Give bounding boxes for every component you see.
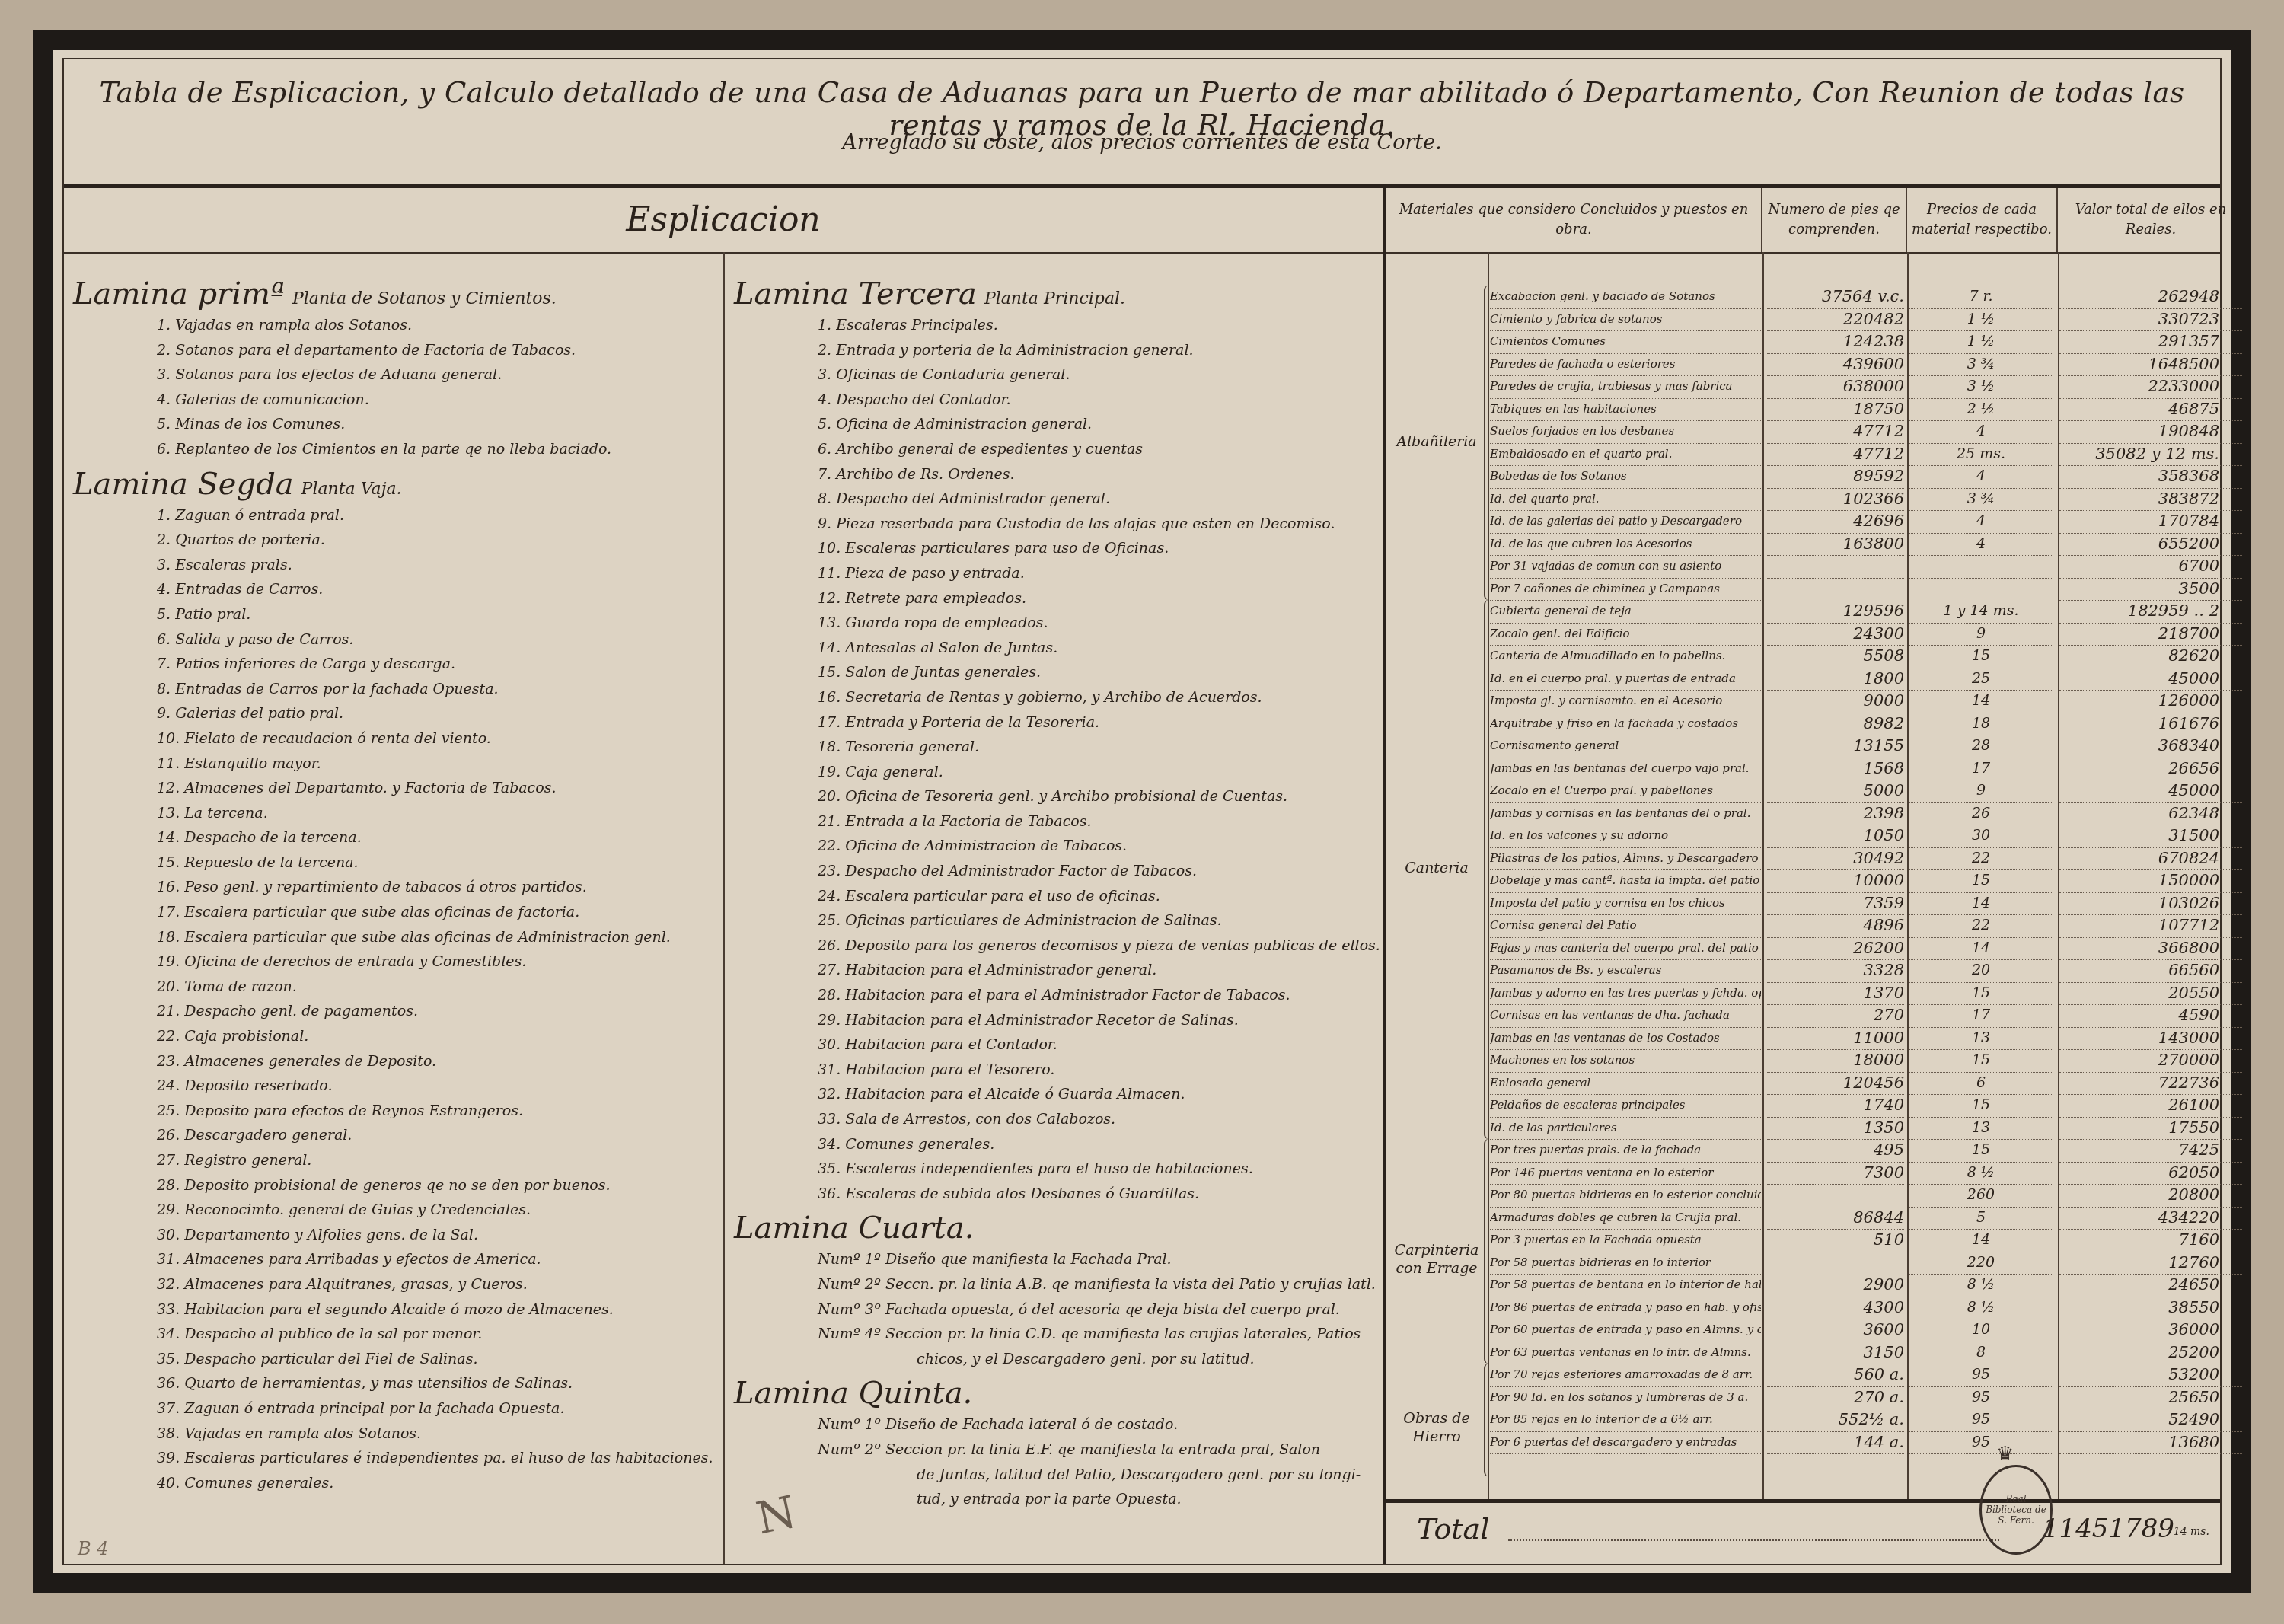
lamina-heading: Lamina Quinta. bbox=[734, 1376, 1373, 1411]
explicacion-item: 35. Escaleras independientes para el hus… bbox=[734, 1157, 1373, 1182]
explicacion-item: Numº 2º Seccion pr. la linia E.F. qe man… bbox=[734, 1437, 1373, 1463]
lamina-heading: Lamina primªPlanta de Sotanos y Cimiento… bbox=[73, 276, 713, 311]
explicacion-item: 18. Tesoreria general. bbox=[734, 735, 1373, 760]
valor-cell: 2233000 bbox=[2059, 375, 2242, 399]
precio-cell: 95 bbox=[1909, 1431, 2053, 1455]
valor-cell: 35082 y 12 ms. bbox=[2059, 443, 2242, 467]
precio-cell: 4 bbox=[1909, 510, 2053, 534]
material-cell: Id. de las que cubren los Acesorios bbox=[1490, 533, 1761, 557]
valor-cell: 45000 bbox=[2059, 668, 2242, 691]
pies-cell: 2900 bbox=[1767, 1274, 1904, 1297]
explicacion-item: 6. Salida y paso de Carros. bbox=[73, 627, 713, 652]
precio-cell: 3 ¾ bbox=[1909, 488, 2053, 512]
valor-cell: 434220 bbox=[2059, 1207, 2242, 1230]
explicacion-item: 3. Oficinas de Contaduria general. bbox=[734, 362, 1373, 388]
valor-cell: 7160 bbox=[2059, 1229, 2242, 1252]
material-cell: Suelos forjados en los desbanes bbox=[1490, 420, 1761, 444]
table-row: Fajas y mas canteria del cuerpo pral. de… bbox=[1386, 937, 2220, 960]
precio-cell: 8 ½ bbox=[1909, 1162, 2053, 1185]
table-row: Paredes de fachada o esteriores4396003 ¾… bbox=[1386, 353, 2220, 376]
precio-cell: 25 bbox=[1909, 668, 2053, 691]
explicacion-item: Numº 3º Fachada opuesta, ó del acesoria … bbox=[734, 1297, 1373, 1322]
valor-cell: 655200 bbox=[2059, 533, 2242, 557]
valor-cell: 24650 bbox=[2059, 1274, 2242, 1297]
total-row: Total 11451789 14 ms. bbox=[1386, 1499, 2220, 1564]
pies-cell: 439600 bbox=[1767, 353, 1904, 377]
material-cell: Pasamanos de Bs. y escaleras bbox=[1490, 959, 1761, 983]
pies-cell: 1350 bbox=[1767, 1117, 1904, 1141]
explicacion-item: 29. Habitacion para el Administrador Rec… bbox=[734, 1008, 1373, 1033]
title-block: Tabla de Esplicacion, y Calculo detallad… bbox=[64, 59, 2220, 188]
explicacion-item: 20. Toma de razon. bbox=[73, 975, 713, 1000]
table-row: Por 7 cañones de chiminea y Campanas3500 bbox=[1386, 578, 2220, 601]
precio-cell: 1 ½ bbox=[1909, 330, 2053, 354]
pies-cell bbox=[1767, 555, 1904, 556]
valor-cell: 190848 bbox=[2059, 420, 2242, 444]
table-row: Paredes de crujia, trabiesas y mas fabri… bbox=[1386, 375, 2220, 398]
explicacion-item: 12. Almacenes del Departamto. y Factoria… bbox=[73, 776, 713, 801]
table-row: Cornisas en las ventanas de dha. fachada… bbox=[1386, 1004, 2220, 1027]
material-cell: Por 146 puertas ventana en lo esterior bbox=[1490, 1162, 1761, 1185]
material-cell: Por 85 rejas en lo interior de a 6½ arr. bbox=[1490, 1409, 1761, 1432]
pies-cell: 1568 bbox=[1767, 758, 1904, 781]
pies-cell: 510 bbox=[1767, 1229, 1904, 1252]
explicacion-item: Numº 1º Diseño de Fachada lateral ó de c… bbox=[734, 1412, 1373, 1437]
valor-cell: 6700 bbox=[2059, 555, 2242, 579]
valor-cell: 66560 bbox=[2059, 959, 2242, 983]
total-suffix: 14 ms. bbox=[2174, 1526, 2209, 1538]
pies-cell: 129596 bbox=[1767, 600, 1904, 624]
header-valor: Valor total de ellos en Reales. bbox=[2058, 188, 2244, 252]
table-row: Cornisamento general1315528368340 bbox=[1386, 735, 2220, 758]
brace-icon bbox=[1484, 600, 1490, 1139]
explicacion-item: 33. Sala de Arrestos, con dos Calabozos. bbox=[734, 1107, 1373, 1132]
table-row: Id. de las galerias del patio y Descarga… bbox=[1386, 510, 2220, 533]
valor-cell: 52490 bbox=[2059, 1409, 2242, 1432]
explicacion-item: 15. Salon de Juntas generales. bbox=[734, 660, 1373, 685]
lamina-subtitle: Planta Vaja. bbox=[301, 480, 402, 499]
explicacion-item: chicos, y el Descargadero genl. por su l… bbox=[734, 1347, 1373, 1372]
lamina-title: Lamina Cuarta. bbox=[734, 1211, 974, 1246]
column-divider bbox=[723, 252, 725, 1564]
explicacion-item: 4. Entradas de Carros. bbox=[73, 577, 713, 602]
material-cell: Por tres puertas prals. de la fachada bbox=[1490, 1139, 1761, 1163]
document-frame: Tabla de Esplicacion, y Calculo detallad… bbox=[33, 30, 2251, 1593]
pies-cell: 11000 bbox=[1767, 1027, 1904, 1051]
table-row: Por 60 puertas de entrada y paso en Almn… bbox=[1386, 1319, 2220, 1342]
valor-cell: 46875 bbox=[2059, 398, 2242, 422]
library-stamp: Real Biblioteca de S. Fern. bbox=[1979, 1465, 2053, 1555]
table-row: Bobedas de los Sotanos895924358368 bbox=[1386, 465, 2220, 488]
precio-cell: 3 ½ bbox=[1909, 375, 2053, 399]
explicacion-item: 23. Despacho del Administrador Factor de… bbox=[734, 859, 1373, 884]
precio-cell: 8 ½ bbox=[1909, 1274, 2053, 1297]
table-row: Imposta gl. y cornisamto. en el Acesorio… bbox=[1386, 690, 2220, 713]
table-row: Por tres puertas prals. de la fachada495… bbox=[1386, 1139, 2220, 1162]
precio-cell: 3 ¾ bbox=[1909, 353, 2053, 377]
calculo-panel: Materiales que considero Concluidos y pu… bbox=[1386, 188, 2220, 1564]
explicacion-item: 35. Despacho particular del Fiel de Sali… bbox=[73, 1347, 713, 1372]
pies-cell: 1050 bbox=[1767, 825, 1904, 848]
explicacion-item: 7. Patios inferiores de Carga y descarga… bbox=[73, 652, 713, 677]
material-cell: Por 60 puertas de entrada y paso en Almn… bbox=[1490, 1319, 1761, 1342]
brace-icon bbox=[1484, 1139, 1490, 1364]
table-row: Jambas en las ventanas de los Costados11… bbox=[1386, 1027, 2220, 1050]
valor-cell: 7425 bbox=[2059, 1139, 2242, 1163]
precio-cell: 95 bbox=[1909, 1409, 2053, 1432]
material-cell: Canteria de Almuadillado en lo pabellns. bbox=[1490, 645, 1761, 668]
explicacion-item: 36. Escaleras de subida alos Desbanes ó … bbox=[734, 1182, 1373, 1207]
explicacion-item: 1. Zaguan ó entrada pral. bbox=[73, 503, 713, 528]
pies-cell: 42696 bbox=[1767, 510, 1904, 534]
valor-cell: 25650 bbox=[2059, 1386, 2242, 1410]
explicacion-item: 38. Vajadas en rampla alos Sotanos. bbox=[73, 1421, 713, 1447]
valor-cell: 13680 bbox=[2059, 1431, 2242, 1455]
valor-cell: 26656 bbox=[2059, 758, 2242, 781]
brace-icon bbox=[1484, 286, 1490, 600]
table-row: Suelos forjados en los desbanes477124190… bbox=[1386, 420, 2220, 443]
valor-cell: 107712 bbox=[2059, 914, 2242, 938]
explicacion-panel: Esplicacion Lamina primªPlanta de Sotano… bbox=[64, 188, 1386, 1564]
precio-cell: 14 bbox=[1909, 937, 2053, 961]
explicacion-item: tud, y entrada por la parte Opuesta. bbox=[734, 1487, 1373, 1512]
material-cell: Cornisas en las ventanas de dha. fachada bbox=[1490, 1004, 1761, 1028]
precio-cell bbox=[1909, 555, 2053, 556]
precio-cell: 7 r. bbox=[1909, 286, 2053, 309]
pies-cell: 26200 bbox=[1767, 937, 1904, 961]
material-cell: Enlosado general bbox=[1490, 1072, 1761, 1096]
precio-cell: 220 bbox=[1909, 1252, 2053, 1275]
precio-cell: 17 bbox=[1909, 758, 2053, 781]
table-row: Cornisa general del Patio489622107712 bbox=[1386, 914, 2220, 937]
explicacion-item: 30. Habitacion para el Contador. bbox=[734, 1032, 1373, 1058]
table-row: Por 90 Id. en los sotanos y lumbreras de… bbox=[1386, 1386, 2220, 1409]
material-cell: Id. en el cuerpo pral. y puertas de entr… bbox=[1490, 668, 1761, 691]
explicacion-item: 25. Deposito para efectos de Reynos Estr… bbox=[73, 1099, 713, 1124]
header-precio: Precios de cada material respectibo. bbox=[1907, 188, 2058, 252]
valor-cell: 3500 bbox=[2059, 578, 2242, 601]
precio-cell: 6 bbox=[1909, 1072, 2053, 1096]
material-cell: Jambas en las ventanas de los Costados bbox=[1490, 1027, 1761, 1051]
material-cell: Cornisa general del Patio bbox=[1490, 914, 1761, 938]
material-cell: Por 70 rejas esteriores amarroxadas de 8… bbox=[1490, 1364, 1761, 1387]
group-label: Canteria bbox=[1389, 859, 1484, 877]
precio-cell: 95 bbox=[1909, 1386, 2053, 1410]
header-materiales: Materiales que considero Concluidos y pu… bbox=[1386, 188, 1762, 252]
pies-cell: 18000 bbox=[1767, 1049, 1904, 1073]
material-cell: Imposta gl. y cornisamto. en el Acesorio bbox=[1490, 690, 1761, 713]
material-cell: Por 7 cañones de chiminea y Campanas bbox=[1490, 578, 1761, 601]
precio-cell: 9 bbox=[1909, 780, 2053, 803]
material-cell: Machones en los sotanos bbox=[1490, 1049, 1761, 1073]
precio-cell: 8 bbox=[1909, 1342, 2053, 1365]
leader-dots bbox=[1508, 1539, 1999, 1541]
lamina-title: Lamina Quinta. bbox=[734, 1376, 972, 1411]
pies-cell: 86844 bbox=[1767, 1207, 1904, 1230]
table-row: Por 85 rejas en lo interior de a 6½ arr.… bbox=[1386, 1409, 2220, 1431]
pies-cell: 124238 bbox=[1767, 330, 1904, 354]
explicacion-item: 17. Escalera particular que sube alas of… bbox=[73, 900, 713, 925]
precio-cell: 8 ½ bbox=[1909, 1297, 2053, 1320]
valor-cell: 53200 bbox=[2059, 1364, 2242, 1387]
material-cell: Paredes de fachada o esteriores bbox=[1490, 353, 1761, 377]
table-row: Id. en los valcones y su adorno105030315… bbox=[1386, 825, 2220, 847]
explicacion-item: 19. Oficina de derechos de entrada y Com… bbox=[73, 949, 713, 975]
pies-cell: 270 bbox=[1767, 1004, 1904, 1028]
explicacion-item: 18. Escalera particular que sube alas of… bbox=[73, 925, 713, 950]
material-cell: Id. en los valcones y su adorno bbox=[1490, 825, 1761, 848]
table-row: Machones en los sotanos1800015270000 bbox=[1386, 1049, 2220, 1072]
pies-cell: 10000 bbox=[1767, 869, 1904, 893]
pies-cell: 47712 bbox=[1767, 420, 1904, 444]
table-row: Embaldosado en el quarto pral.4771225 ms… bbox=[1386, 443, 2220, 466]
explicacion-item: 22. Caja probisional. bbox=[73, 1024, 713, 1049]
valor-cell: 161676 bbox=[2059, 713, 2242, 736]
explicacion-item: 9. Galerias del patio pral. bbox=[73, 701, 713, 726]
explicacion-item: Numº 2º Seccn. pr. la linia A.B. qe mani… bbox=[734, 1272, 1373, 1297]
explicacion-column-1: Lamina primªPlanta de Sotanos y Cimiento… bbox=[73, 272, 713, 1495]
table-row: Por 86 puertas de entrada y paso en hab.… bbox=[1386, 1297, 2220, 1319]
sheet-mark: B 4 bbox=[78, 1538, 109, 1559]
explicacion-item: 11. Pieza de paso y entrada. bbox=[734, 561, 1373, 586]
table-row: Excabacion genl. y baciado de Sotanos375… bbox=[1386, 286, 2220, 308]
explicacion-item: 22. Oficina de Administracion de Tabacos… bbox=[734, 834, 1373, 859]
valor-cell: 670824 bbox=[2059, 847, 2242, 871]
pies-cell: 3150 bbox=[1767, 1342, 1904, 1365]
explicacion-item: 8. Entradas de Carros por la fachada Opu… bbox=[73, 677, 713, 702]
explicacion-item: 6. Replanteo de los Cimientos en la part… bbox=[73, 437, 713, 462]
table-row: Jambas y adorno en las tres puertas y fc… bbox=[1386, 982, 2220, 1005]
explicacion-item: 39. Escaleras particulares é independien… bbox=[73, 1446, 713, 1471]
precio-cell: 15 bbox=[1909, 1094, 2053, 1118]
explicacion-column-2: Lamina TerceraPlanta Principal.1. Escale… bbox=[734, 272, 1373, 1512]
precio-cell: 4 bbox=[1909, 465, 2053, 489]
explicacion-item: 1. Escaleras Principales. bbox=[734, 313, 1373, 338]
table-row: Por 63 puertas ventanas en lo intr. de A… bbox=[1386, 1342, 2220, 1364]
pies-cell bbox=[1767, 1252, 1904, 1252]
valor-cell: 366800 bbox=[2059, 937, 2242, 961]
table-row: Peldaños de escaleras principales1740152… bbox=[1386, 1094, 2220, 1117]
lamina-title: Lamina Segda bbox=[73, 467, 294, 502]
valor-cell: 262948 bbox=[2059, 286, 2242, 309]
precio-cell: 15 bbox=[1909, 1139, 2053, 1163]
valor-cell: 26100 bbox=[2059, 1094, 2242, 1118]
explicacion-item: 40. Comunes generales. bbox=[73, 1471, 713, 1496]
group-label: Albañileria bbox=[1389, 432, 1484, 451]
explicacion-item: 16. Secretaria de Rentas y gobierno, y A… bbox=[734, 685, 1373, 710]
explicacion-item: 15. Repuesto de la tercena. bbox=[73, 850, 713, 876]
pies-cell: 89592 bbox=[1767, 465, 1904, 489]
material-cell: Por 80 puertas bidrieras en lo esterior … bbox=[1490, 1184, 1761, 1208]
precio-cell: 4 bbox=[1909, 420, 2053, 444]
pies-cell: 144 a. bbox=[1767, 1431, 1904, 1455]
material-cell: Arquitrabe y friso en la fachada y costa… bbox=[1490, 713, 1761, 736]
group-label: Obras de Hierro bbox=[1389, 1409, 1484, 1446]
explicacion-item: 33. Habitacion para el segundo Alcaide ó… bbox=[73, 1297, 713, 1322]
document-subtitle: Arreglado su coste, alos precios corrien… bbox=[64, 131, 2220, 155]
material-cell: Embaldosado en el quarto pral. bbox=[1490, 443, 1761, 467]
precio-cell: 22 bbox=[1909, 914, 2053, 938]
material-cell: Por 58 puertas bidrieras en lo interior bbox=[1490, 1252, 1761, 1275]
precio-cell: 14 bbox=[1909, 690, 2053, 713]
pies-cell: 638000 bbox=[1767, 375, 1904, 399]
precio-cell: 22 bbox=[1909, 847, 2053, 871]
material-cell: Por 58 puertas de bentana en lo interior… bbox=[1490, 1274, 1761, 1297]
lamina-heading: Lamina TerceraPlanta Principal. bbox=[734, 276, 1373, 311]
explicacion-item: 24. Escalera particular para el uso de o… bbox=[734, 884, 1373, 909]
precio-cell: 4 bbox=[1909, 533, 2053, 557]
table-row: Arquitrabe y friso en la fachada y costa… bbox=[1386, 713, 2220, 735]
explicacion-item: 28. Deposito probisional de generos qe n… bbox=[73, 1173, 713, 1198]
lamina-title: Lamina Tercera bbox=[734, 276, 977, 311]
paper-sheet: Tabla de Esplicacion, y Calculo detallad… bbox=[53, 50, 2231, 1573]
valor-cell: 20550 bbox=[2059, 982, 2242, 1006]
valor-cell: 722736 bbox=[2059, 1072, 2242, 1096]
table-row: Por 70 rejas esteriores amarroxadas de 8… bbox=[1386, 1364, 2220, 1386]
table-row: Dobelaje y mas cantª. hasta la impta. de… bbox=[1386, 869, 2220, 892]
material-cell: Jambas y adorno en las tres puertas y fc… bbox=[1490, 982, 1761, 1006]
material-cell: Id. del quarto pral. bbox=[1490, 488, 1761, 512]
material-cell: Por 3 puertas en la Fachada opuesta bbox=[1490, 1229, 1761, 1252]
material-cell: Imposta del patio y cornisa en los chico… bbox=[1490, 892, 1761, 916]
valor-cell: 82620 bbox=[2059, 645, 2242, 668]
material-cell: Por 86 puertas de entrada y paso en hab.… bbox=[1490, 1297, 1761, 1320]
total-value: 11451789 bbox=[2043, 1514, 2174, 1544]
table-row: Zocalo en el Cuerpo pral. y pabellones50… bbox=[1386, 780, 2220, 802]
precio-cell: 15 bbox=[1909, 869, 2053, 893]
explicacion-item: Numº 4º Seccion pr. la linia C.D. qe man… bbox=[734, 1322, 1373, 1347]
total-label: Total bbox=[1417, 1512, 1489, 1546]
valor-cell: 38550 bbox=[2059, 1297, 2242, 1320]
valor-cell: 270000 bbox=[2059, 1049, 2242, 1073]
explicacion-item: 13. Guarda ropa de empleados. bbox=[734, 611, 1373, 636]
material-cell: Cubierta general de teja bbox=[1490, 600, 1761, 624]
explicacion-item: 21. Despacho genl. de pagamentos. bbox=[73, 999, 713, 1024]
precio-cell: 30 bbox=[1909, 825, 2053, 848]
calculo-rows: Excabacion genl. y baciado de Sotanos375… bbox=[1386, 286, 2220, 1453]
table-row: Por 3 puertas en la Fachada opuesta51014… bbox=[1386, 1229, 2220, 1252]
explicacion-item: 3. Sotanos para los efectos de Aduana ge… bbox=[73, 362, 713, 388]
explicacion-item: 2. Quartos de porteria. bbox=[73, 528, 713, 553]
brace-icon bbox=[1484, 1364, 1490, 1476]
precio-cell: 5 bbox=[1909, 1207, 2053, 1230]
explicacion-item: Numº 1º Diseño que manifiesta la Fachada… bbox=[734, 1247, 1373, 1272]
material-cell: Id. de las galerias del patio y Descarga… bbox=[1490, 510, 1761, 534]
precio-cell: 17 bbox=[1909, 1004, 2053, 1028]
valor-cell: 170784 bbox=[2059, 510, 2242, 534]
explicacion-item: 37. Zaguan ó entrada principal por la fa… bbox=[73, 1396, 713, 1421]
pies-cell: 270 a. bbox=[1767, 1386, 1904, 1410]
explicacion-item: 5. Oficina de Administracion general. bbox=[734, 412, 1373, 437]
precio-cell: 18 bbox=[1909, 713, 2053, 736]
material-cell: Cimientos Comunes bbox=[1490, 330, 1761, 354]
material-cell: Paredes de crujia, trabiesas y mas fabri… bbox=[1490, 375, 1761, 399]
valor-cell: 218700 bbox=[2059, 623, 2242, 646]
explicacion-item: 20. Oficina de Tesoreria genl. y Archibo… bbox=[734, 784, 1373, 809]
precio-cell: 15 bbox=[1909, 982, 2053, 1006]
valor-cell: 45000 bbox=[2059, 780, 2242, 803]
valor-cell: 1648500 bbox=[2059, 353, 2242, 377]
material-cell: Excabacion genl. y baciado de Sotanos bbox=[1490, 286, 1761, 309]
explicacion-item: 19. Caja general. bbox=[734, 760, 1373, 785]
valor-cell: 12760 bbox=[2059, 1252, 2242, 1275]
precio-cell: 14 bbox=[1909, 892, 2053, 916]
table-row: Id. de las particulares13501317550 bbox=[1386, 1117, 2220, 1140]
pies-cell: 120456 bbox=[1767, 1072, 1904, 1096]
material-cell: Zocalo genl. del Edificio bbox=[1490, 623, 1761, 646]
valor-cell: 103026 bbox=[2059, 892, 2242, 916]
valor-cell: 383872 bbox=[2059, 488, 2242, 512]
pies-cell: 1740 bbox=[1767, 1094, 1904, 1118]
table-row: Pilastras de los patios, Almns. y Descar… bbox=[1386, 847, 2220, 870]
lamina-title: Lamina primª bbox=[73, 276, 285, 311]
explicacion-item: 3. Escaleras prals. bbox=[73, 553, 713, 578]
material-cell: Peldaños de escaleras principales bbox=[1490, 1094, 1761, 1118]
pies-cell: 5508 bbox=[1767, 645, 1904, 668]
explicacion-item: 2. Sotanos para el departamento de Facto… bbox=[73, 338, 713, 363]
table-row: Enlosado general1204566722736 bbox=[1386, 1072, 2220, 1095]
crown-icon: ♛ bbox=[1996, 1443, 2014, 1466]
precio-cell: 2 ½ bbox=[1909, 398, 2053, 422]
valor-cell: 20800 bbox=[2059, 1184, 2242, 1208]
precio-cell: 13 bbox=[1909, 1027, 2053, 1051]
explicacion-item: 23. Almacenes generales de Deposito. bbox=[73, 1049, 713, 1074]
explicacion-item: 27. Registro general. bbox=[73, 1148, 713, 1173]
precio-cell: 1 y 14 ms. bbox=[1909, 600, 2053, 624]
precio-cell: 10 bbox=[1909, 1319, 2053, 1342]
valor-cell: 358368 bbox=[2059, 465, 2242, 489]
precio-cell: 15 bbox=[1909, 1049, 2053, 1073]
explicacion-item: 32. Habitacion para el Alcaide ó Guarda … bbox=[734, 1082, 1373, 1107]
explicacion-item: 13. La tercena. bbox=[73, 801, 713, 826]
explicacion-item: 31. Almacenes para Arribadas y efectos d… bbox=[73, 1247, 713, 1272]
pies-cell bbox=[1767, 578, 1904, 579]
pies-cell: 3600 bbox=[1767, 1319, 1904, 1342]
table-row: Cimientos Comunes1242381 ½291357 bbox=[1386, 330, 2220, 353]
explicacion-item: de Juntas, latitud del Patio, Descargade… bbox=[734, 1463, 1373, 1488]
table-row: Id. en el cuerpo pral. y puertas de entr… bbox=[1386, 668, 2220, 691]
pies-cell: 18750 bbox=[1767, 398, 1904, 422]
explicacion-item: 26. Descargadero general. bbox=[73, 1123, 713, 1148]
material-cell: Zocalo en el Cuerpo pral. y pabellones bbox=[1490, 780, 1761, 803]
pies-cell bbox=[1767, 1184, 1904, 1185]
pies-cell: 30492 bbox=[1767, 847, 1904, 871]
pies-cell: 37564 v.c. bbox=[1767, 286, 1904, 309]
precio-cell: 28 bbox=[1909, 735, 2053, 758]
pies-cell: 8982 bbox=[1767, 713, 1904, 736]
explicacion-item: 30. Departamento y Alfolies gens. de la … bbox=[73, 1223, 713, 1248]
explicacion-item: 14. Antesalas al Salon de Juntas. bbox=[734, 636, 1373, 661]
valor-cell: 17550 bbox=[2059, 1117, 2242, 1141]
pies-cell: 7300 bbox=[1767, 1162, 1904, 1185]
pies-cell: 13155 bbox=[1767, 735, 1904, 758]
pies-cell: 4300 bbox=[1767, 1297, 1904, 1320]
material-cell: Pilastras de los patios, Almns. y Descar… bbox=[1490, 847, 1761, 871]
pies-cell: 3328 bbox=[1767, 959, 1904, 983]
precio-cell: 26 bbox=[1909, 802, 2053, 826]
table-row: Imposta del patio y cornisa en los chico… bbox=[1386, 892, 2220, 915]
table-row: Por 31 vajadas de comun con su asiento67… bbox=[1386, 555, 2220, 578]
explicacion-item: 24. Deposito reserbado. bbox=[73, 1074, 713, 1099]
group-label: Carpinteria con Errage bbox=[1389, 1241, 1484, 1278]
precio-cell: 95 bbox=[1909, 1364, 2053, 1387]
material-cell: Por 6 puertas del descargadero y entrada… bbox=[1490, 1431, 1761, 1455]
explicacion-item: 8. Despacho del Administrador general. bbox=[734, 487, 1373, 512]
material-cell: Por 90 Id. en los sotanos y lumbreras de… bbox=[1490, 1386, 1761, 1410]
pies-cell: 1370 bbox=[1767, 982, 1904, 1006]
explicacion-item: 28. Habitacion para el para el Administr… bbox=[734, 983, 1373, 1008]
precio-cell: 14 bbox=[1909, 1229, 2053, 1252]
